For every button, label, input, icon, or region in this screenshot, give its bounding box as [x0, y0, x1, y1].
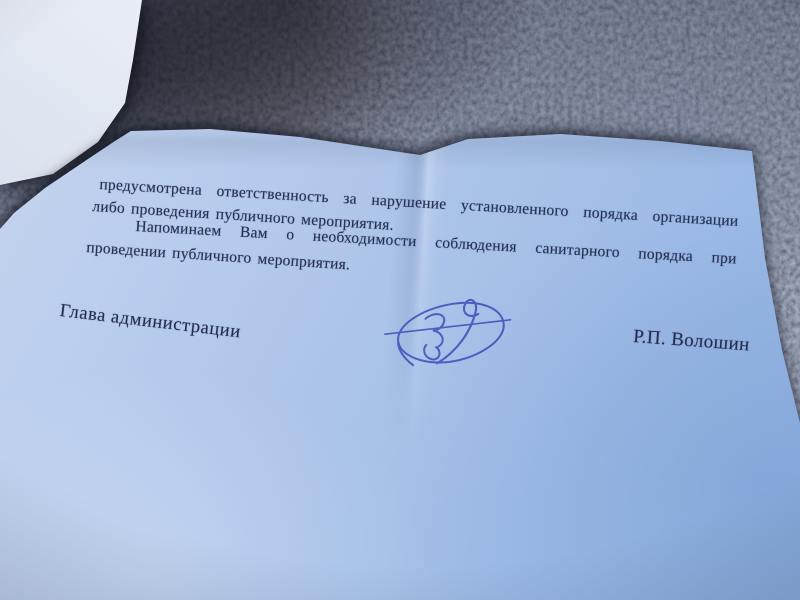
photo-of-document: предусмотрена ответственность за нарушен…	[0, 0, 800, 600]
handwritten-signature-icon	[377, 290, 520, 380]
signatory-title: Глава администрации	[59, 301, 242, 343]
document-paper-shadow: предусмотрена ответственность за нарушен…	[0, 0, 800, 600]
document-paper: предусмотрена ответственность за нарушен…	[0, 0, 800, 600]
signatory-name: Р.П. Волошин	[632, 326, 750, 356]
